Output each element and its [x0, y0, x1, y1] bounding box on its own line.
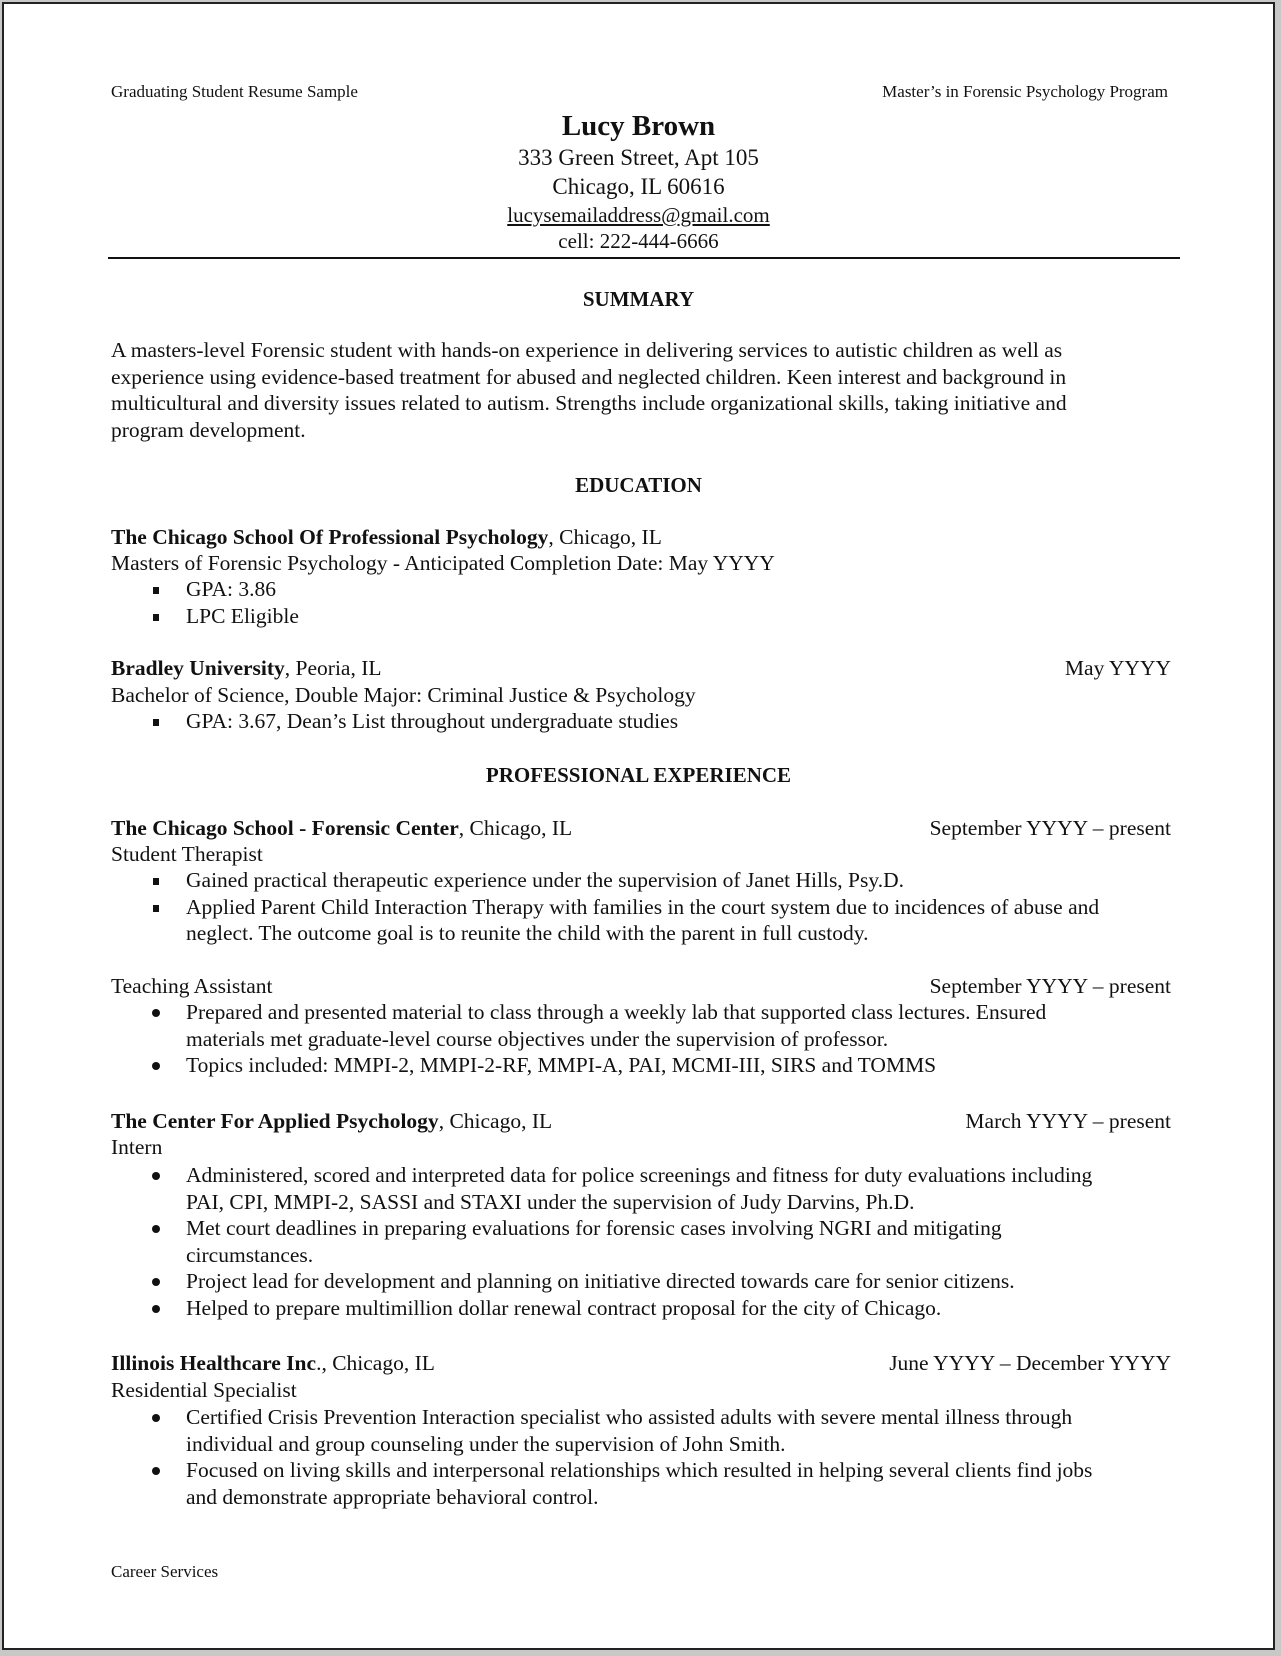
header-right: Master’s in Forensic Psychology Program: [882, 82, 1168, 102]
school-location: , Peoria, IL: [285, 656, 382, 680]
list-item: Met court deadlines in preparing evaluat…: [111, 1215, 1181, 1268]
list-item: Gained practical therapeutic experience …: [111, 867, 1181, 894]
round-bullet-icon: [152, 1305, 160, 1313]
round-bullet-icon: [152, 1172, 160, 1180]
org-location: , Chicago, IL: [459, 816, 572, 840]
job-role: Student Therapist: [111, 841, 1171, 867]
experience-entry-header: The Chicago School - Forensic Center, Ch…: [111, 815, 1171, 841]
square-bullet-icon: [153, 719, 159, 726]
summary-title: SUMMARY: [4, 287, 1273, 312]
summary-line: program development.: [111, 417, 1181, 444]
org-location: , Chicago, IL: [439, 1109, 552, 1133]
education-title: EDUCATION: [4, 473, 1273, 498]
email-link[interactable]: lucysemailaddress@gmail.com: [507, 203, 770, 227]
phone-number: cell: 222-444-6666: [4, 229, 1273, 254]
street-address: 333 Green Street, Apt 105: [4, 145, 1273, 171]
round-bullet-icon: [152, 1225, 160, 1233]
candidate-name: Lucy Brown: [4, 110, 1273, 143]
header-divider: [108, 257, 1180, 259]
square-bullet-icon: [153, 614, 159, 621]
degree: Masters of Forensic Psychology - Anticip…: [111, 550, 1171, 576]
square-bullet-icon: [153, 905, 159, 912]
summary-line: A masters-level Forensic student with ha…: [111, 337, 1181, 364]
school-name: The Chicago School Of Professional Psych…: [111, 525, 548, 549]
org-name: The Chicago School - Forensic Center: [111, 816, 459, 840]
list-item: GPA: 3.67, Dean’s List throughout underg…: [111, 708, 1181, 735]
education-date: May YYYY: [1065, 655, 1171, 681]
experience-entry-header: The Center For Applied Psychology, Chica…: [111, 1108, 1171, 1134]
education-entry-header: The Chicago School Of Professional Psych…: [111, 524, 1171, 550]
job-role: Residential Specialist: [111, 1377, 1171, 1403]
summary-line: multicultural and diversity issues relat…: [111, 390, 1181, 417]
list-item: LPC Eligible: [111, 603, 1181, 630]
list-item: Focused on living skills and interperson…: [111, 1457, 1181, 1510]
round-bullet-icon: [152, 1062, 160, 1070]
job-role: Teaching Assistant: [111, 974, 273, 998]
summary-line: experience using evidence-based treatmen…: [111, 364, 1181, 391]
round-bullet-icon: [152, 1278, 160, 1286]
education-bullets: GPA: 3.86 LPC Eligible: [111, 576, 1181, 629]
experience-date: September YYYY – present: [930, 973, 1171, 999]
degree: Bachelor of Science, Double Major: Crimi…: [111, 682, 1171, 708]
round-bullet-icon: [152, 1009, 160, 1017]
list-item: Applied Parent Child Interaction Therapy…: [111, 894, 1181, 947]
experience-entry-header: Teaching Assistant September YYYY – pres…: [111, 973, 1171, 999]
experience-bullets: Certified Crisis Prevention Interaction …: [111, 1404, 1181, 1510]
experience-date: June YYYY – December YYYY: [889, 1350, 1171, 1376]
list-item: Prepared and presented material to class…: [111, 999, 1181, 1052]
round-bullet-icon: [152, 1467, 160, 1475]
experience-title: PROFESSIONAL EXPERIENCE: [4, 763, 1273, 788]
list-item: Certified Crisis Prevention Interaction …: [111, 1404, 1181, 1457]
org-location: ., Chicago, IL: [316, 1351, 435, 1375]
resume-page: Graduating Student Resume Sample Master’…: [2, 2, 1275, 1650]
list-item: Topics included: MMPI-2, MMPI-2-RF, MMPI…: [111, 1052, 1181, 1079]
summary-text: A masters-level Forensic student with ha…: [111, 337, 1181, 443]
org-name: Illinois Healthcare Inc: [111, 1351, 316, 1375]
square-bullet-icon: [153, 587, 159, 594]
education-entry-header: Bradley University, Peoria, IL May YYYY: [111, 655, 1171, 681]
round-bullet-icon: [152, 1414, 160, 1422]
footer-text: Career Services: [111, 1562, 218, 1582]
list-item: Project lead for development and plannin…: [111, 1268, 1181, 1295]
header-left: Graduating Student Resume Sample: [111, 82, 358, 102]
experience-date: September YYYY – present: [930, 815, 1171, 841]
job-role: Intern: [111, 1134, 1171, 1160]
education-bullets: GPA: 3.67, Dean’s List throughout underg…: [111, 708, 1181, 735]
org-name: The Center For Applied Psychology: [111, 1109, 439, 1133]
school-name: Bradley University: [111, 656, 285, 680]
school-location: , Chicago, IL: [548, 525, 661, 549]
experience-bullets: Administered, scored and interpreted dat…: [111, 1162, 1181, 1321]
experience-bullets: Prepared and presented material to class…: [111, 999, 1181, 1079]
experience-date: March YYYY – present: [965, 1108, 1171, 1134]
square-bullet-icon: [153, 878, 159, 885]
city-address: Chicago, IL 60616: [4, 174, 1273, 200]
list-item: GPA: 3.86: [111, 576, 1181, 603]
list-item: Helped to prepare multimillion dollar re…: [111, 1295, 1181, 1322]
experience-entry-header: Illinois Healthcare Inc., Chicago, IL Ju…: [111, 1350, 1171, 1376]
experience-bullets: Gained practical therapeutic experience …: [111, 867, 1181, 947]
list-item: Administered, scored and interpreted dat…: [111, 1162, 1181, 1215]
